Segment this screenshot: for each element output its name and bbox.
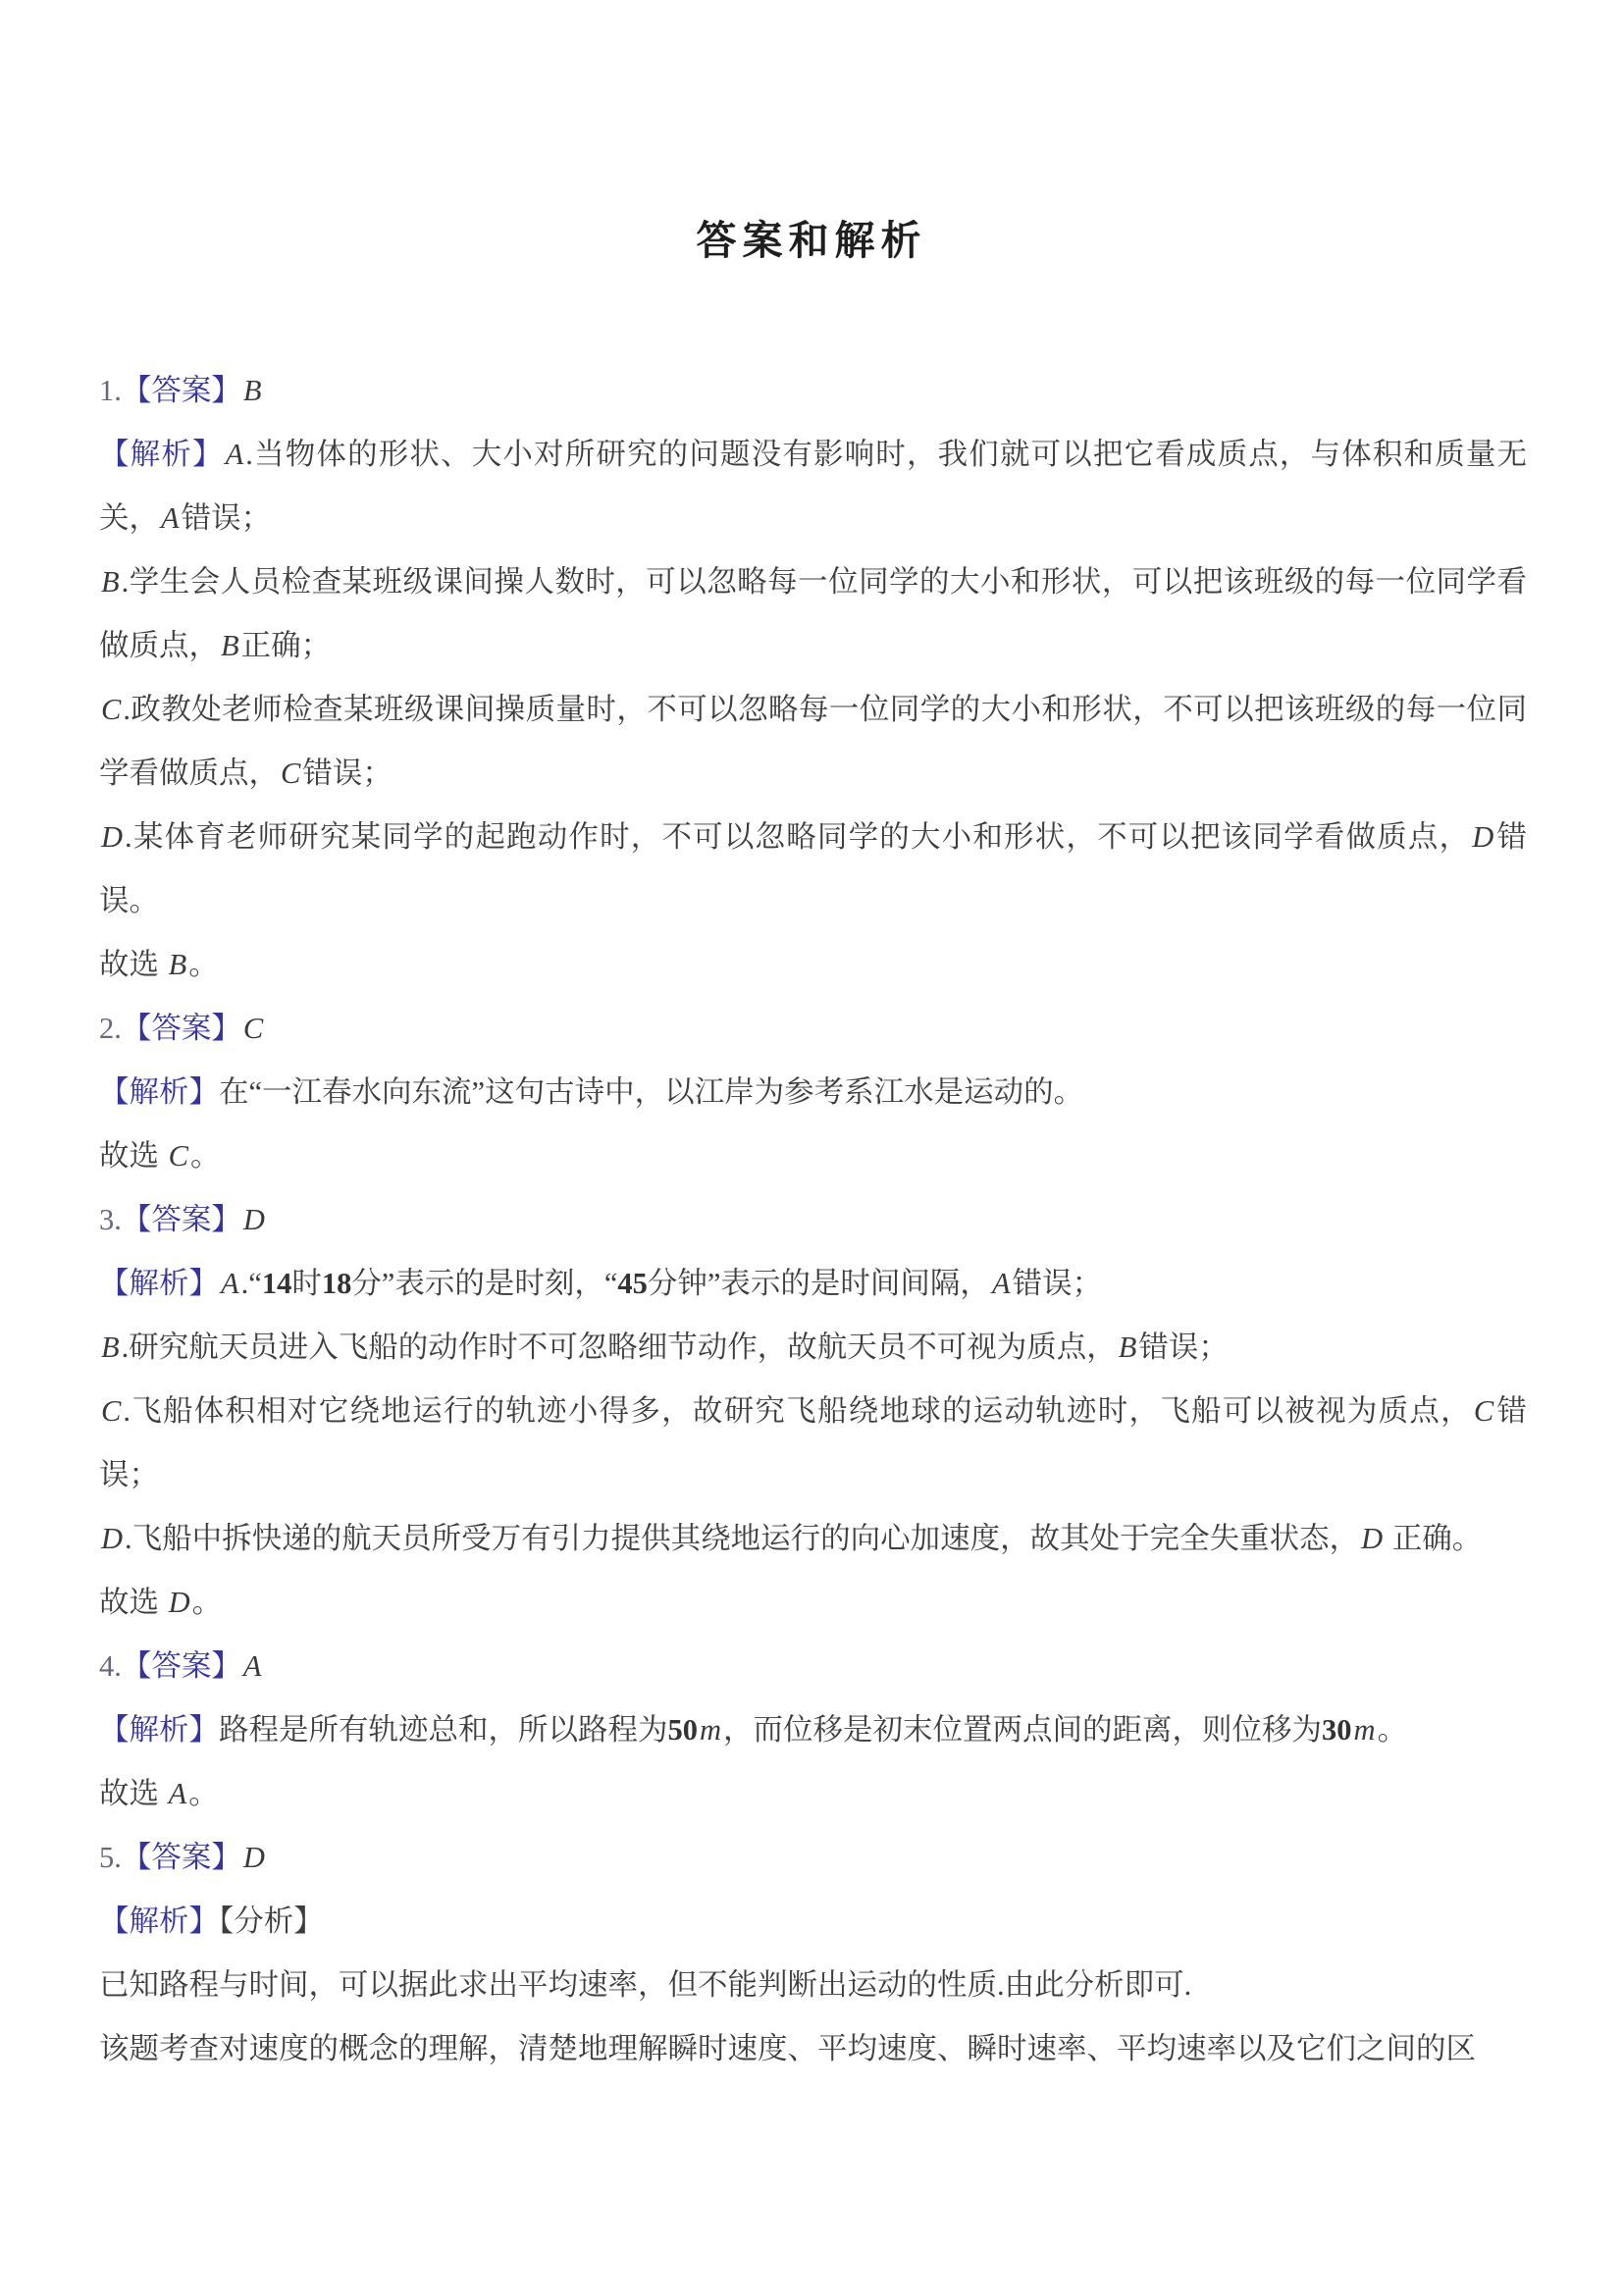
text-run: .飞船中拆快递的航天员所受万有引力提供其绕地运行的向心加速度，故其处于完全失重状… [125,1522,1359,1555]
text-run: 错误； [302,757,393,790]
paragraph: B.学生会人员检查某班级课间操人数时，可以忽略每一位同学的大小和形状，可以把该班… [99,550,1527,678]
option-letter: D [1359,1522,1385,1555]
option-letter: D [99,1522,125,1555]
paragraph: B.研究航天员进入飞船的动作时不可忽略细节动作，故航天员不可视为质点，B错误； [99,1316,1527,1380]
answer-item: 3.【答案】D【解析】A.“14时18分”表示的是时刻，“45分钟”表示的是时间… [99,1188,1527,1635]
text-run: 50 [668,1713,699,1747]
text-run: 【分析】 [219,1905,324,1938]
text-run: .“ [241,1267,262,1300]
item-number: 4. [99,1649,122,1683]
item-number: 3. [99,1203,122,1236]
section-label: 【答案】 [122,1841,241,1874]
paragraph: 该题考查对速度的概念的理解，清楚地理解瞬时速度、平均速度、瞬时速率、平均速率以及… [99,2017,1527,2081]
text-run: ，而位移是初末位置两点间的距离，则位移为 [723,1713,1322,1747]
text-run: 该题考查对速度的概念的理解，清楚地理解瞬时速度、平均速度、瞬时速率、平均速率以及… [99,2032,1476,2065]
paragraph: 5.【答案】D [99,1826,1527,1890]
section-label: 【答案】 [122,374,241,407]
text-run: 。 [192,1586,223,1619]
option-letter: C [99,1394,123,1428]
option-letter: B [219,629,241,662]
answer-item: 5.【答案】D【解析】【分析】已知路程与时间，可以据此求出平均速率，但不能判断出… [99,1826,1527,2081]
text-run: 故选 [99,948,167,981]
text-run: 时 [291,1267,322,1300]
option-letter: A [219,1267,241,1300]
option-letter: C [241,1012,265,1045]
paragraph: 【解析】A.“14时18分”表示的是时刻，“45分钟”表示的是时间间隔，A错误； [99,1252,1527,1316]
paragraph: 故选 B。 [99,933,1527,997]
option-letter: A [167,1777,189,1810]
option-letter: D [167,1586,192,1619]
text-run: 45 [617,1267,648,1300]
option-letter: A [990,1267,1013,1300]
text-run: 正确； [241,629,332,662]
option-letter: D [1470,820,1495,854]
paragraph: 故选 C。 [99,1124,1527,1188]
text-run: 30 [1322,1713,1352,1747]
option-letter: A [224,438,246,471]
paragraph: 【解析】路程是所有轨迹总和，所以路程为50m，而位移是初末位置两点间的距离，则位… [99,1698,1527,1762]
text-run: 故选 [99,1777,167,1810]
answer-item: 2.【答案】C【解析】在“一江春水向东流”这句古诗中，以江岸为参考系江水是运动的… [99,997,1527,1188]
text-run: 。 [190,1139,221,1173]
option-letter: A [241,1649,264,1683]
paragraph: C.政教处老师检查某班级课间操质量时，不可以忽略每一位同学的大小和形状，不可以把… [99,678,1527,806]
paragraph: 1.【答案】B [99,359,1527,423]
item-number: 5. [99,1841,122,1874]
option-letter: A [159,501,182,535]
section-label: 【答案】 [122,1203,241,1236]
text-run: 。 [1378,1713,1408,1747]
answers-list: 1.【答案】B【解析】A.当物体的形状、大小对所研究的问题没有影响时，我们就可以… [99,359,1527,2081]
section-label: 【解析】 [99,1075,219,1109]
paragraph: D.某体育老师研究某同学的起跑动作时，不可以忽略同学的大小和形状，不可以把该同学… [99,806,1527,933]
document-page: 答案和解析 1.【答案】B【解析】A.当物体的形状、大小对所研究的问题没有影响时… [0,0,1623,2296]
text-run: .研究航天员进入飞船的动作时不可忽略细节动作，故航天员不可视为质点， [122,1331,1117,1364]
text-run: 。 [188,1777,219,1810]
paragraph: 【解析】【分析】 [99,1890,1527,1954]
option-letter: m [698,1713,723,1747]
option-letter: B [1117,1331,1139,1364]
option-letter: C [99,693,123,726]
text-run: 故选 [99,1139,167,1173]
section-label: 【解析】 [99,1905,219,1938]
text-run: 错误； [1138,1331,1229,1364]
answer-item: 1.【答案】B【解析】A.当物体的形状、大小对所研究的问题没有影响时，我们就可以… [99,359,1527,997]
text-run: 错误； [182,501,272,535]
option-letter: B [241,374,264,407]
paragraph: 故选 A。 [99,1762,1527,1826]
section-label: 【答案】 [122,1012,241,1045]
paragraph: 4.【答案】A [99,1635,1527,1698]
text-run: 14 [262,1267,292,1300]
text-run: 分钟”表示的是时间间隔， [648,1267,990,1300]
paragraph: 【解析】在“一江春水向东流”这句古诗中，以江岸为参考系江水是运动的。 [99,1061,1527,1124]
text-run: .某体育老师研究某同学的起跑动作时，不可以忽略同学的大小和形状，不可以把该同学看… [125,820,1470,854]
text-run: 18 [322,1267,352,1300]
section-label: 【解析】 [99,1713,219,1747]
text-run: 已知路程与时间，可以据此求出平均速率，但不能判断出运动的性质.由此分析即可. [99,1968,1191,2002]
option-letter: C [279,757,302,790]
text-run: 错误； [1013,1267,1103,1300]
text-run: .当物体的形状、大小对所研究的问题没有影响时，我们就可以把它看成质点，与体积和质… [99,438,1527,535]
paragraph: 2.【答案】C [99,997,1527,1061]
option-letter: C [1472,1394,1495,1428]
item-number: 1. [99,374,122,407]
text-run: 分”表示的是时刻，“ [351,1267,617,1300]
option-letter: D [241,1841,267,1874]
option-letter: m [1352,1713,1378,1747]
section-label: 【解析】 [99,1267,219,1300]
paragraph: 故选 D。 [99,1571,1527,1635]
text-run: 故选 [99,1586,167,1619]
paragraph: 已知路程与时间，可以据此求出平均速率，但不能判断出运动的性质.由此分析即可. [99,1954,1527,2017]
paragraph: D.飞船中拆快递的航天员所受万有引力提供其绕地运行的向心加速度，故其处于完全失重… [99,1507,1527,1571]
option-letter: B [99,565,122,599]
text-run: 在“一江春水向东流”这句古诗中，以江岸为参考系江水是运动的。 [219,1075,1083,1109]
text-run: 。 [188,948,219,981]
option-letter: B [99,1331,122,1364]
item-number: 2. [99,1012,122,1045]
option-letter: D [241,1203,267,1236]
paragraph: C.飞船体积相对它绕地运行的轨迹小得多，故研究飞船绕地球的运动轨迹时，飞船可以被… [99,1380,1527,1507]
option-letter: B [167,948,189,981]
text-run: 路程是所有轨迹总和，所以路程为 [219,1713,668,1747]
answer-item: 4.【答案】A【解析】路程是所有轨迹总和，所以路程为50m，而位移是初末位置两点… [99,1635,1527,1826]
text-run: 正确。 [1385,1522,1482,1555]
option-letter: D [99,820,125,854]
page-title: 答案和解析 [0,208,1623,266]
option-letter: C [167,1139,190,1173]
paragraph: 3.【答案】D [99,1188,1527,1252]
paragraph: 【解析】A.当物体的形状、大小对所研究的问题没有影响时，我们就可以把它看成质点，… [99,423,1527,550]
text-run: .飞船体积相对它绕地运行的轨迹小得多，故研究飞船绕地球的运动轨迹时，飞船可以被视… [123,1394,1472,1428]
section-label: 【解析】 [99,438,224,471]
section-label: 【答案】 [122,1649,241,1683]
